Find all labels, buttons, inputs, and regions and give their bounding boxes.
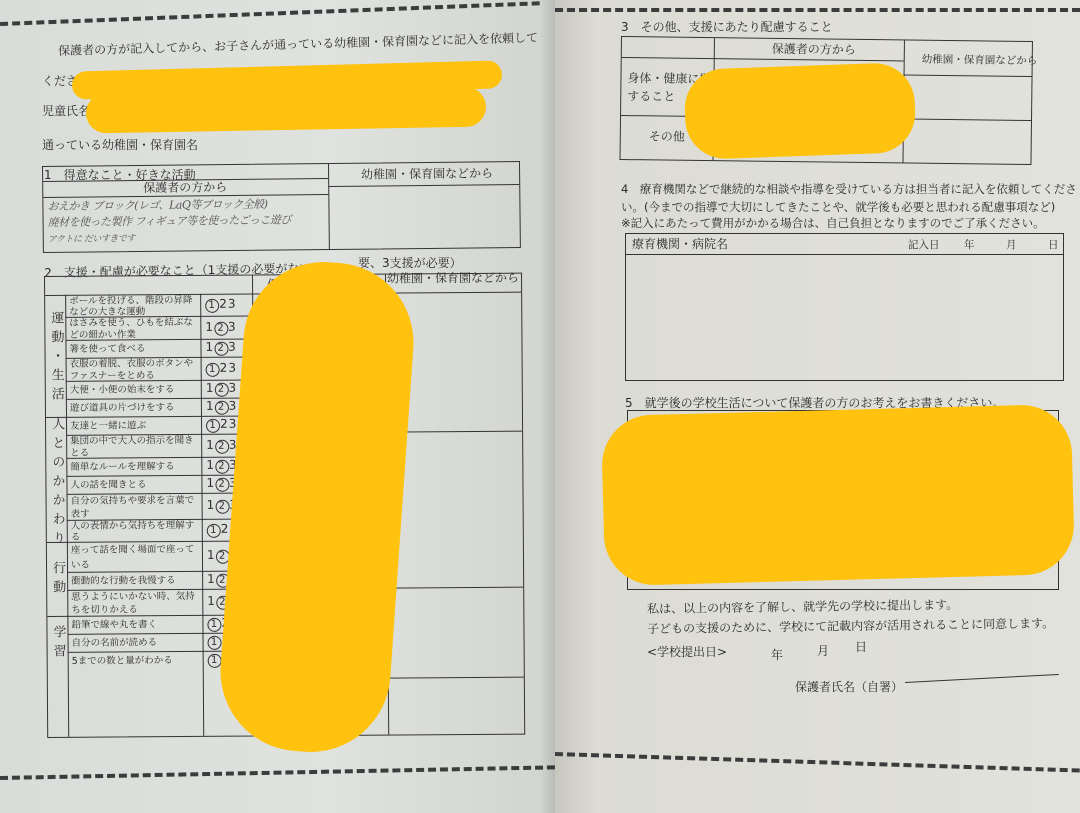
rating-option-3[interactable]: 3 [228, 297, 237, 311]
table-row-label: 簡単なルールを理解する [70, 458, 198, 477]
rating-option-1[interactable]: 1 [205, 319, 214, 333]
category-label: 運動・生活 [48, 311, 63, 406]
rating-option-1[interactable]: 1 [207, 524, 221, 538]
submit-year: 年 [771, 648, 783, 662]
redaction-name-2 [86, 87, 487, 134]
category-label: 行動 [50, 561, 64, 599]
right-page: 3 その他、支援にあたり配慮すること 保護者の方から 幼稚園・保育園などから 身… [555, 0, 1080, 813]
table-row-label: はさみを使う、ひもを結ぶなどの細かい作業 [69, 317, 197, 341]
signature-label: 保護者氏名（自署） [795, 680, 903, 694]
submit-date-label: <学校提出日> [647, 645, 727, 659]
section3-col-school: 幼稚園・保育園などから [922, 53, 1038, 68]
rating-selector[interactable]: 123 [206, 458, 237, 474]
category-label: 人とのかかわり [49, 416, 64, 549]
entry-date-label: 記入日 [908, 238, 940, 252]
rating-option-1[interactable]: 1 [206, 362, 220, 376]
rating-option-1[interactable]: 1 [206, 476, 215, 490]
rating-selector[interactable]: 123 [206, 381, 237, 397]
section4-table: 療育機関・病院名 記入日 年 月 日 [625, 233, 1064, 381]
table-row-label: 集団の中で大人の指示を聞きとる [70, 435, 198, 459]
table-row-label: 人の話を聞きとる [70, 476, 198, 495]
section4-title-line2: い。(今までの指導で大切にしてきたことや、就学後も必要と思われる配慮事項など) [621, 200, 1055, 214]
rating-option-2[interactable]: 2 [214, 383, 228, 397]
entry-year-label: 年 [964, 238, 975, 252]
section1-table: 保護者の方から 幼稚園・保育園などから おえかき ブロック(レゴ、LaQ等ブロッ… [42, 161, 521, 253]
rating-option-3[interactable]: 3 [229, 417, 238, 431]
table-row-label: 思うようにいかない時、気持ちを切りかえる [71, 590, 199, 617]
rating-selector[interactable]: 123 [205, 319, 236, 335]
section2-col-school: 幼稚園・保育園などから [387, 271, 519, 286]
rating-option-1[interactable]: 1 [207, 498, 216, 512]
rating-option-2[interactable]: 2 [215, 460, 229, 474]
table-row-label: 5までの数と量がわかる [72, 652, 200, 671]
rating-option-3[interactable]: 3 [228, 381, 237, 395]
section4-note: ※記入にあたって費用がかかる場合は、自己負担となりますのでご了承ください。 [621, 216, 1045, 230]
section3-row-other: その他 [649, 129, 685, 143]
rating-option-1[interactable]: 1 [206, 381, 215, 395]
rating-option-2[interactable]: 2 [214, 342, 228, 356]
rating-option-2[interactable]: 2 [219, 297, 228, 311]
table-row-label: ボールを投げる、階段の昇降などの大きな運動 [69, 295, 197, 318]
table-row-label: 衝動的な行動を我慢する [71, 572, 199, 591]
signature-line[interactable] [905, 674, 1059, 683]
section1-parent-answer-2: 廃材を使った製作 フィギュア等を使ったごっこ遊び [48, 213, 292, 230]
section1-parent-answer-1: おえかき ブロック(レゴ、LaQ等ブロック全般) [47, 198, 267, 214]
cut-line-top-right [555, 8, 1080, 12]
school-name-label: 通っている幼稚園・保育園名 [42, 138, 198, 152]
left-page: 保護者の方が記入してから、お子さんが通っている幼稚園・保育園などに記入を依頼して… [0, 0, 555, 813]
rating-option-3[interactable]: 3 [228, 319, 237, 333]
section4-title-line1: 4 療育機関などで継続的な相談や指導を受けている方は担当者に記入を依頼してくださ [621, 182, 1077, 196]
rating-selector[interactable]: 123 [206, 417, 237, 433]
category-label: 学習 [50, 625, 64, 663]
rating-option-2[interactable]: 2 [215, 478, 229, 492]
consent-line-1: 私は、以上の内容を了解し、就学先の学校に提出します。 [647, 598, 958, 616]
submit-day: 日 [855, 640, 867, 654]
rating-option-1[interactable]: 1 [206, 399, 215, 413]
submit-month: 月 [817, 644, 829, 658]
table-row-label: 自分の名前が読める [72, 634, 200, 653]
rating-option-1[interactable]: 1 [207, 548, 216, 562]
table-row-label: 箸を使って食べる [69, 340, 197, 359]
rating-option-1[interactable]: 1 [207, 618, 221, 632]
consent-line-2: 子どもの支援のために、学校にて記載内容が活用されることに同意します。 [647, 616, 1054, 636]
rating-option-2[interactable]: 2 [221, 522, 230, 536]
intro-line-1: 保護者の方が記入してから、お子さんが通っている幼稚園・保育園などに記入を依頼して [58, 31, 538, 58]
rating-option-2[interactable]: 2 [214, 321, 228, 335]
rating-option-2[interactable]: 2 [220, 360, 229, 374]
redaction-section3 [683, 62, 916, 160]
section1-parent-answer-3: アクトに だいすきです [48, 232, 135, 247]
table-row-label: 遊び道具の片づけをする [70, 399, 198, 418]
rating-option-1[interactable]: 1 [205, 299, 219, 313]
institution-label: 療育機関・病院名 [632, 237, 728, 251]
redaction-section5 [601, 404, 1075, 586]
table-row-label: 大便・小便の始末をする [70, 381, 198, 400]
rating-selector[interactable]: 123 [206, 437, 237, 453]
redaction-section2 [215, 257, 419, 758]
rating-selector[interactable]: 123 [206, 399, 237, 415]
rating-option-3[interactable]: 3 [228, 360, 237, 374]
rating-selector[interactable]: 123 [206, 360, 237, 376]
section2-title-tail: 要、3支援が必要） [358, 256, 462, 270]
table-row-label: 友達と一緒に遊ぶ [70, 417, 198, 436]
rating-option-1[interactable]: 1 [208, 654, 222, 668]
entry-day-label: 日 [1048, 238, 1059, 252]
rating-option-2[interactable]: 2 [215, 439, 229, 453]
table-row-label: 衣服の着脱、衣服のボタンやファスナーをとめる [70, 358, 198, 382]
cut-line-bottom-left [0, 765, 555, 780]
cut-line-bottom-right [555, 752, 1080, 772]
section1-col-parent: 保護者の方から [143, 180, 227, 195]
rating-option-3[interactable]: 3 [229, 399, 238, 413]
rating-option-1[interactable]: 1 [206, 419, 220, 433]
section3-title: 3 その他、支援にあたり配慮すること [621, 20, 833, 34]
table-row-label: 自分の気持ちや要求を言葉で表す [71, 494, 199, 521]
rating-option-1[interactable]: 1 [206, 437, 215, 451]
table-row-label: 座って話を聞く場面で座っている [71, 542, 199, 573]
cut-line-top-left [0, 1, 540, 26]
section3-col-parent: 保護者の方から [772, 42, 856, 57]
section1-col-school: 幼稚園・保育園などから [361, 166, 493, 181]
rating-option-1[interactable]: 1 [206, 458, 215, 472]
rating-selector[interactable]: 123 [205, 340, 236, 356]
table-row-label: 人の表情から気持ちを理解する [71, 520, 199, 543]
entry-month-label: 月 [1006, 238, 1017, 252]
rating-option-1[interactable]: 1 [207, 594, 216, 608]
rating-selector[interactable]: 123 [205, 297, 236, 313]
rating-option-1[interactable]: 1 [208, 636, 222, 650]
rating-option-2[interactable]: 2 [220, 417, 229, 431]
rating-option-1[interactable]: 1 [205, 340, 214, 354]
rating-option-2[interactable]: 2 [215, 401, 229, 415]
child-name-label: 児童氏名 [42, 104, 90, 118]
table-row-label: 鉛筆で線や丸を書く [71, 616, 199, 635]
rating-option-1[interactable]: 1 [207, 572, 216, 586]
rating-option-2[interactable]: 2 [215, 500, 229, 514]
rating-option-3[interactable]: 3 [228, 340, 237, 354]
